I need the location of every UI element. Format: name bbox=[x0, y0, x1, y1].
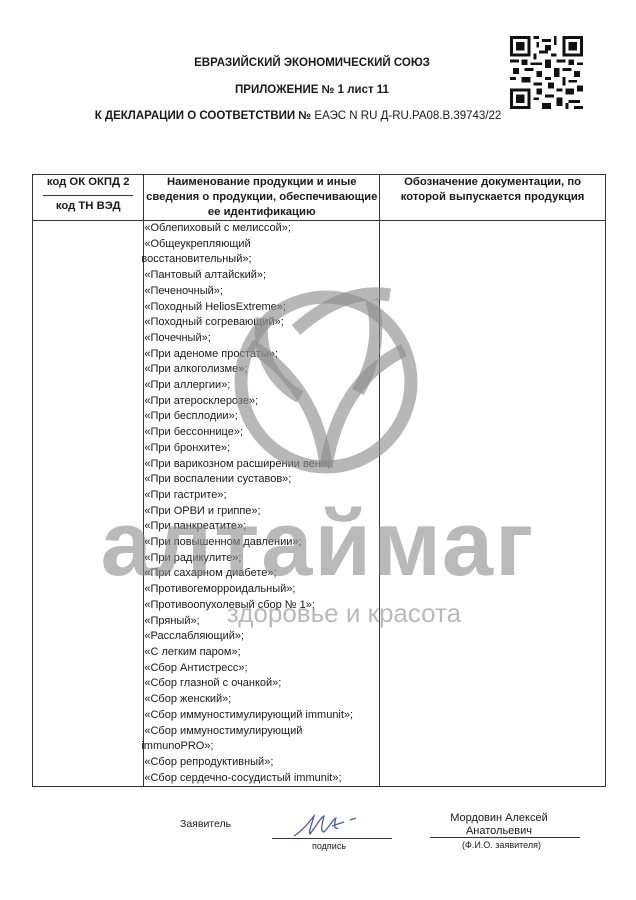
list-item: «При сахарном диабете»; bbox=[144, 566, 379, 582]
list-item: восстановительный»; bbox=[141, 252, 379, 268]
okpd-header: код ОК ОКПД 2 bbox=[33, 175, 143, 190]
col3-header: Обозначение документации, по которой вып… bbox=[380, 175, 606, 221]
documentation-cell bbox=[380, 221, 606, 787]
list-item: «Сбор иммуностимулирующий immunit»; bbox=[144, 708, 379, 724]
list-item: «Сбор глазной с очанкой»; bbox=[144, 676, 379, 692]
col2-header: Наименование продукции и иные сведения о… bbox=[144, 175, 380, 221]
name-line bbox=[430, 837, 580, 838]
list-item: «При радикулите»; bbox=[144, 551, 379, 567]
list-item: «Печеночный»; bbox=[144, 284, 379, 300]
declaration-number: ЕАЭС N RU Д-RU.PA08.B.39743/22 bbox=[314, 110, 501, 122]
list-item: «С легким паром»; bbox=[144, 645, 379, 661]
tnved-header: код ТН ВЭД bbox=[33, 199, 143, 214]
list-item: «При бронхите»; bbox=[144, 441, 379, 457]
list-item: «При воспалении суставов»; bbox=[144, 472, 379, 488]
list-item: «Облепиховый с мелиссой»; bbox=[144, 221, 379, 237]
applicant-name: Мордовин Алексей Анатольевич bbox=[418, 812, 580, 838]
list-item: «Пантовый алтайский»; bbox=[144, 268, 379, 284]
list-item: «При бессоннице»; bbox=[144, 425, 379, 441]
list-item: «При повышенном давлении»; bbox=[144, 535, 379, 551]
product-list: «Облепиховый с мелиссой»;«Общеукрепляющи… bbox=[144, 221, 380, 787]
list-item: «Походный HeliosExtreme»; bbox=[144, 300, 379, 316]
list-item: «Походный согревающий»; bbox=[144, 315, 379, 331]
signature-line bbox=[272, 838, 392, 839]
list-item: «Сбор женский»; bbox=[144, 692, 379, 708]
list-item: «При панкреатите»; bbox=[144, 519, 379, 535]
declaration-title: К ДЕКЛАРАЦИИ О СООТВЕТСТВИИ № ЕАЭС N RU … bbox=[0, 110, 616, 122]
product-table: код ОК ОКПД 2 код ТН ВЭД Наименование пр… bbox=[32, 174, 606, 787]
signature-scribble-icon bbox=[290, 812, 360, 840]
name-caption: (Ф.И.О. заявителя) bbox=[462, 840, 541, 850]
list-item: «При атеросклерозе»; bbox=[144, 394, 379, 410]
list-item: «При аллергии»; bbox=[144, 378, 379, 394]
list-item: «При алкоголизме»; bbox=[144, 362, 379, 378]
signature-caption: подпись bbox=[312, 841, 346, 851]
list-item: «Сбор сердечно-сосудистый immunit»; bbox=[144, 771, 379, 787]
list-item: «Общеукрепляющий bbox=[144, 237, 379, 253]
list-item: «При ОРВИ и гриппе»; bbox=[144, 504, 379, 520]
list-item: «Расслабляющий»; bbox=[144, 629, 379, 645]
list-item: «Противогеморроидальный»; bbox=[144, 582, 379, 598]
code-cell bbox=[33, 221, 144, 787]
list-item: «Сбор Антистресс»; bbox=[144, 661, 379, 677]
qr-code-icon bbox=[509, 36, 584, 109]
list-item: «Сбор репродуктивный»; bbox=[144, 755, 379, 771]
list-item: «При варикозном расширении вен»; bbox=[144, 457, 379, 473]
list-item: «При аденоме простаты»; bbox=[144, 347, 379, 363]
list-item: «Пряный»; bbox=[144, 614, 379, 630]
col1-header: код ОК ОКПД 2 код ТН ВЭД bbox=[33, 175, 144, 221]
list-item: «При гастрите»; bbox=[144, 488, 379, 504]
declaration-prefix: К ДЕКЛАРАЦИИ О СООТВЕТСТВИИ № bbox=[95, 110, 312, 122]
list-item: immunoPRO»; bbox=[141, 739, 379, 755]
list-item: «Сбор иммуностимулирующий bbox=[144, 724, 379, 740]
list-item: «Почечный»; bbox=[144, 331, 379, 347]
applicant-label: Заявитель bbox=[180, 818, 231, 830]
list-item: «Противоопухолевый сбор № 1»; bbox=[144, 598, 379, 614]
table-header-row: код ОК ОКПД 2 код ТН ВЭД Наименование пр… bbox=[33, 175, 606, 221]
list-item: «При бесплодии»; bbox=[144, 409, 379, 425]
header-divider bbox=[43, 195, 133, 196]
applicant-name-line1: Мордовин Алексей bbox=[418, 812, 580, 825]
table-row: «Облепиховый с мелиссой»;«Общеукрепляющи… bbox=[33, 221, 606, 787]
